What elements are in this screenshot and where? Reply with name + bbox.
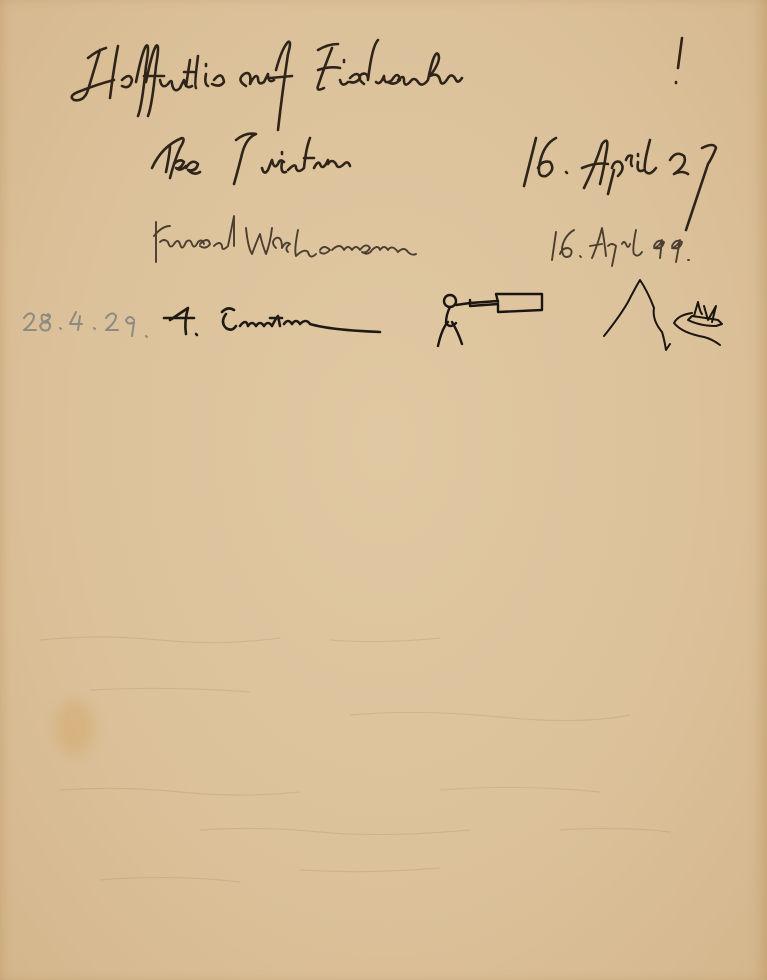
guestbook-page: Hoffentlich auf Wiedersehen! Elsa Einste…: [0, 0, 767, 980]
mountain-icon: [604, 280, 670, 350]
telescope-figure-icon: [438, 294, 542, 346]
sailboat-icon: [674, 302, 722, 345]
drawings: [0, 0, 767, 980]
